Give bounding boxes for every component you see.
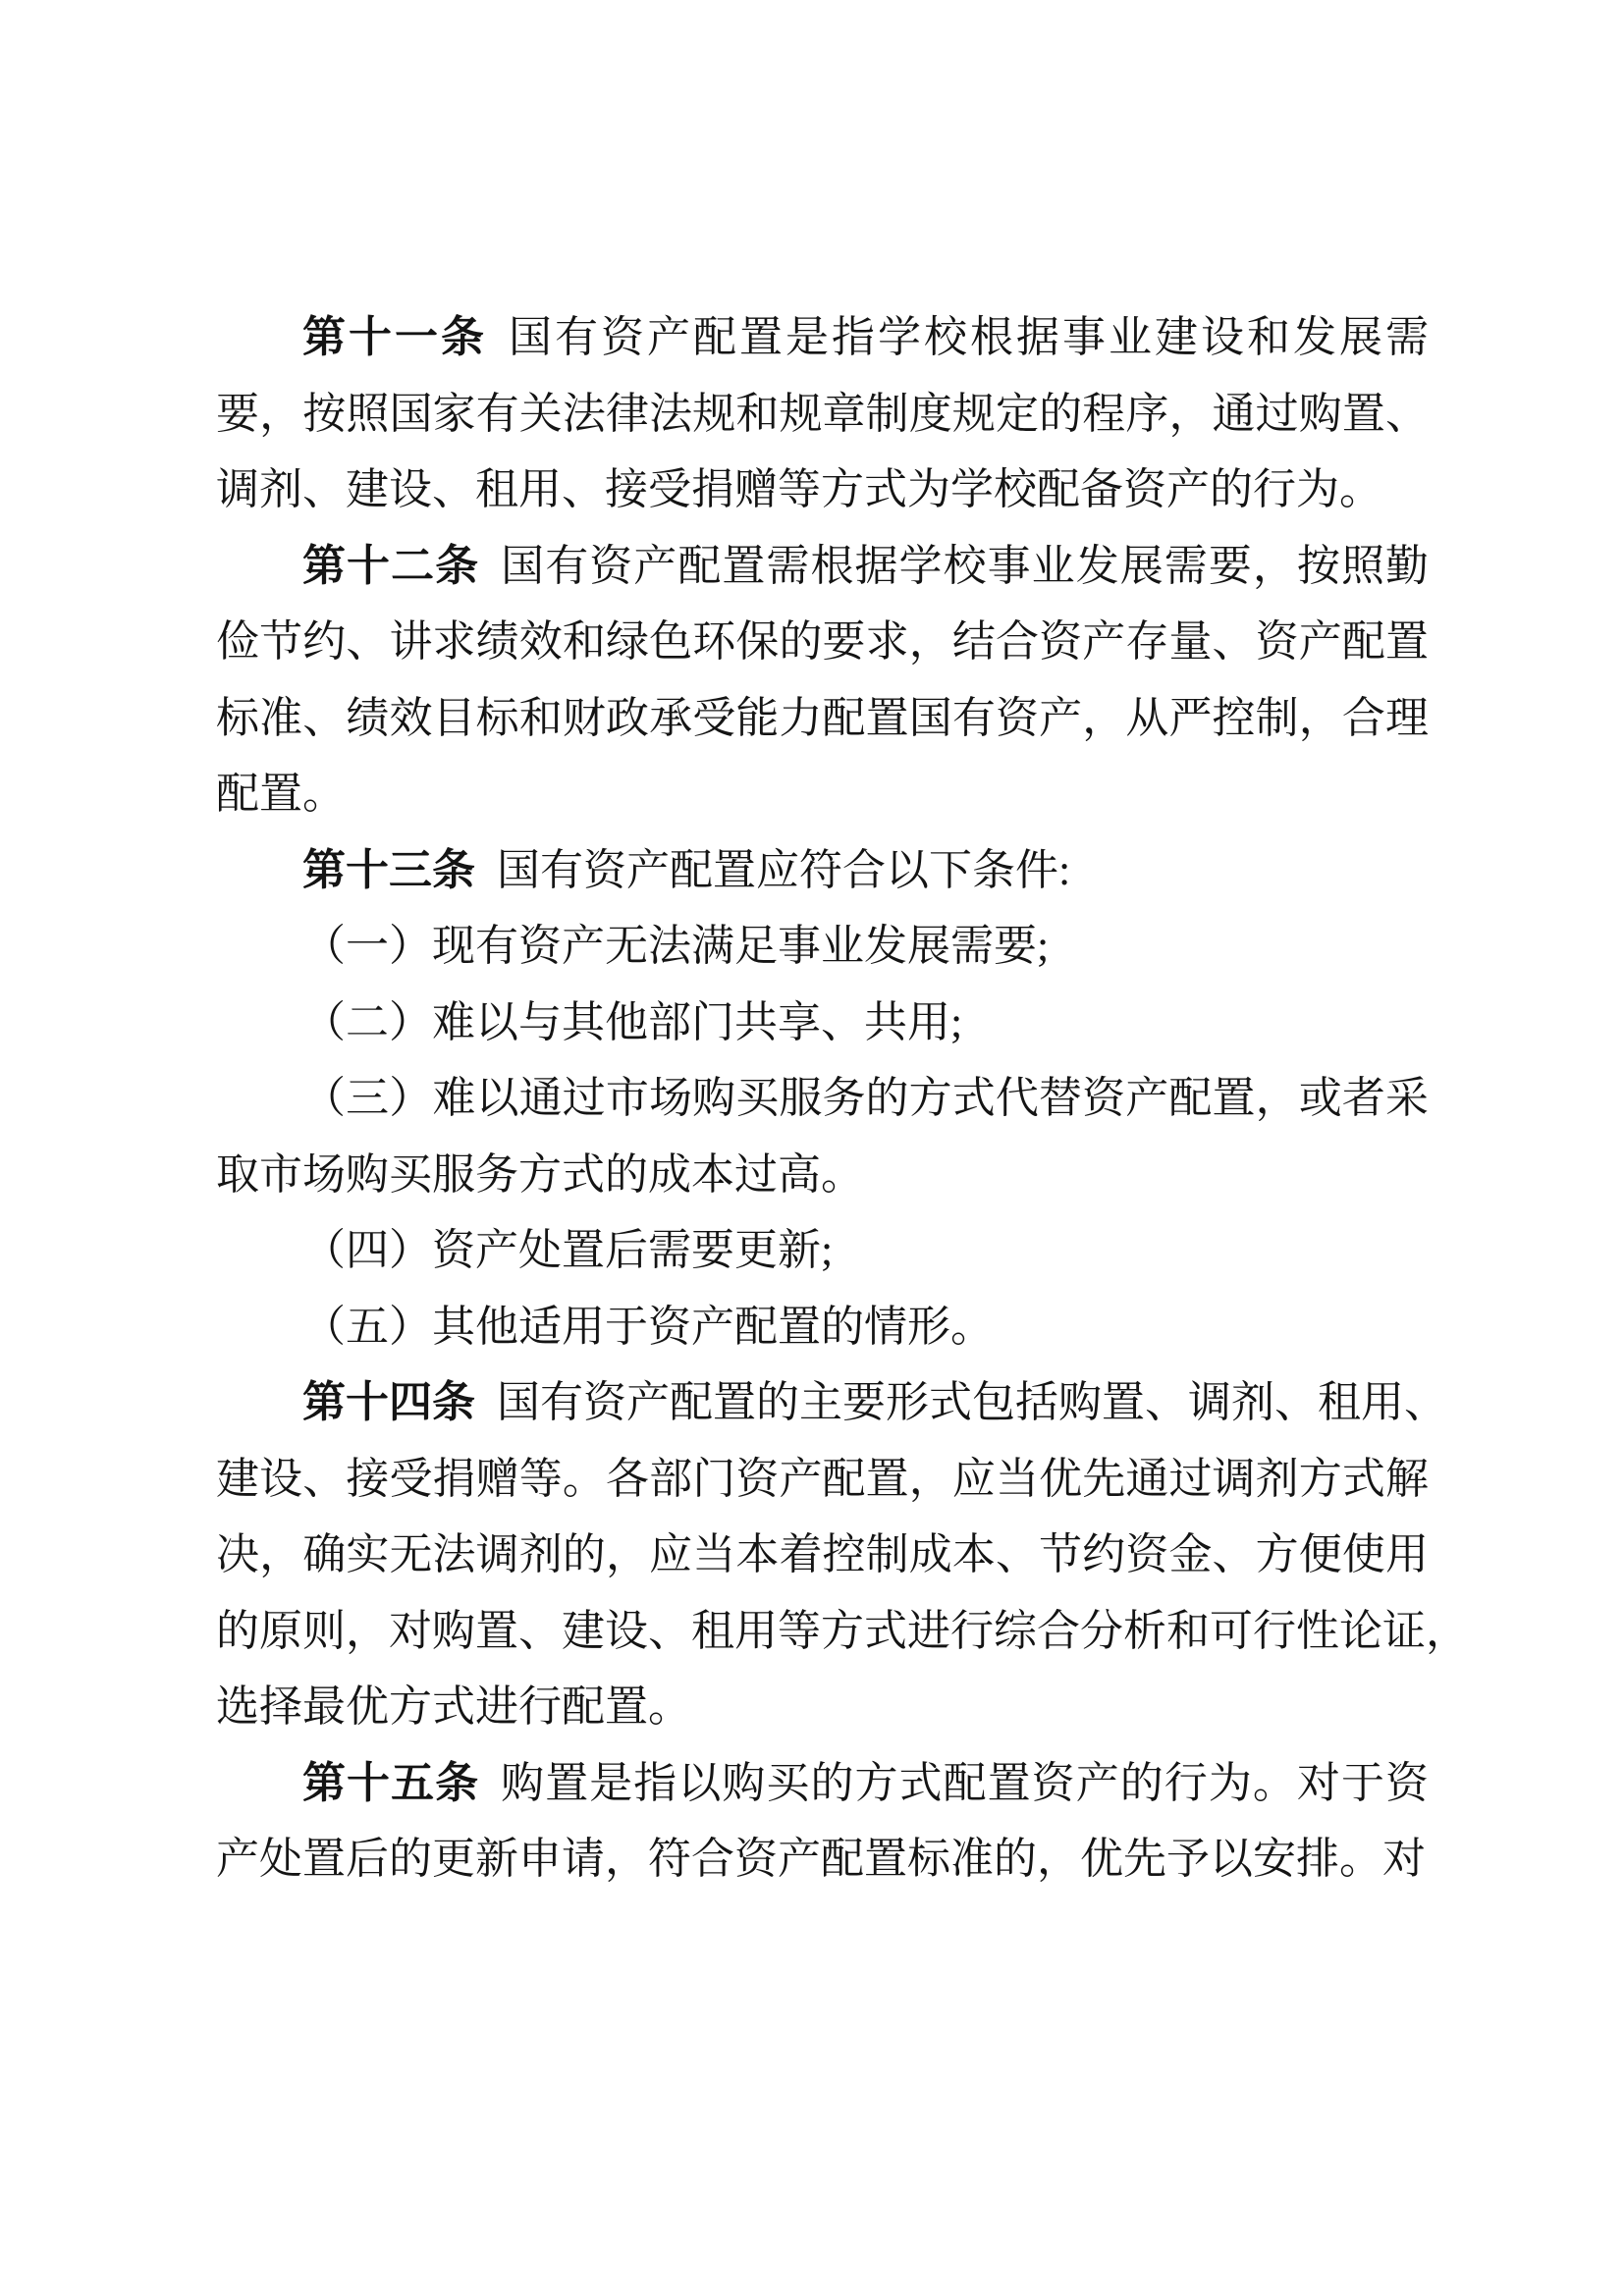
document-page: 第十一条国有资产配置是指学校根据事业建设和发展需要，按照国家有关法律法规和规章制… [0,0,1624,2296]
article-number: 第十一条 [302,313,487,361]
line-text: 国有资产配置应符合以下条件: [497,846,1070,894]
text-line: 决，确实无法调剂的，应当本着控制成本、节约资金、方便使用 [216,1517,1429,1593]
article-number: 第十二条 [302,542,479,590]
text-line: （一）现有资产无法满足事业发展需要; [216,908,1429,985]
text-line: （五）其他适用于资产配置的情形。 [216,1289,1429,1365]
article-number: 第十四条 [302,1378,475,1426]
text-line: 建设、接受捐赠等。各部门资产配置，应当优先通过调剂方式解 [216,1441,1429,1518]
text-line: 调剂、建设、租用、接受捐赠等方式为学校配备资产的行为。 [216,452,1429,528]
text-line: 取市场购买服务方式的成本过高。 [216,1137,1429,1213]
text-line: 要，按照国家有关法律法规和规章制度规定的程序，通过购置、 [216,376,1429,453]
text-line: 的原则，对购置、建设、租用等方式进行综合分析和可行性论证， [216,1593,1429,1670]
article-number: 第十五条 [302,1759,479,1807]
text-line: 标准、绩效目标和财政承受能力配置国有资产，从严控制，合理 [216,680,1429,757]
text-line: （二）难以与其他部门共享、共用; [216,985,1429,1061]
text-line: 第十四条国有资产配置的主要形式包括购置、调剂、租用、 [216,1364,1429,1441]
line-text: 购置是指以购买的方式配置资产的行为。对于资 [501,1759,1429,1807]
article-number: 第十三条 [302,846,475,894]
text-line: 第十二条国有资产配置需根据学校事业发展需要，按照勤 [216,528,1429,605]
text-line: 第十五条购置是指以购买的方式配置资产的行为。对于资 [216,1745,1429,1822]
text-line: 配置。 [216,756,1429,832]
text-line: 产处置后的更新申请，符合资产配置标准的，优先予以安排。对 [216,1821,1429,1897]
line-text: 国有资产配置的主要形式包括购置、调剂、租用、 [497,1378,1447,1426]
text-line: 第十一条国有资产配置是指学校根据事业建设和发展需 [216,299,1429,376]
line-text: 国有资产配置需根据学校事业发展需要，按照勤 [501,542,1429,590]
text-line: （四）资产处置后需要更新; [216,1212,1429,1289]
text-line: 第十三条国有资产配置应符合以下条件: [216,832,1429,909]
line-text: 国有资产配置是指学校根据事业建设和发展需 [509,313,1429,361]
text-line: 选择最优方式进行配置。 [216,1669,1429,1745]
text-line: 俭节约、讲求绩效和绿色环保的要求，结合资产存量、资产配置 [216,604,1429,680]
text-line: （三）难以通过市场购买服务的方式代替资产配置，或者采 [216,1060,1429,1137]
text-block: 第十一条国有资产配置是指学校根据事业建设和发展需要，按照国家有关法律法规和规章制… [216,299,1429,1897]
